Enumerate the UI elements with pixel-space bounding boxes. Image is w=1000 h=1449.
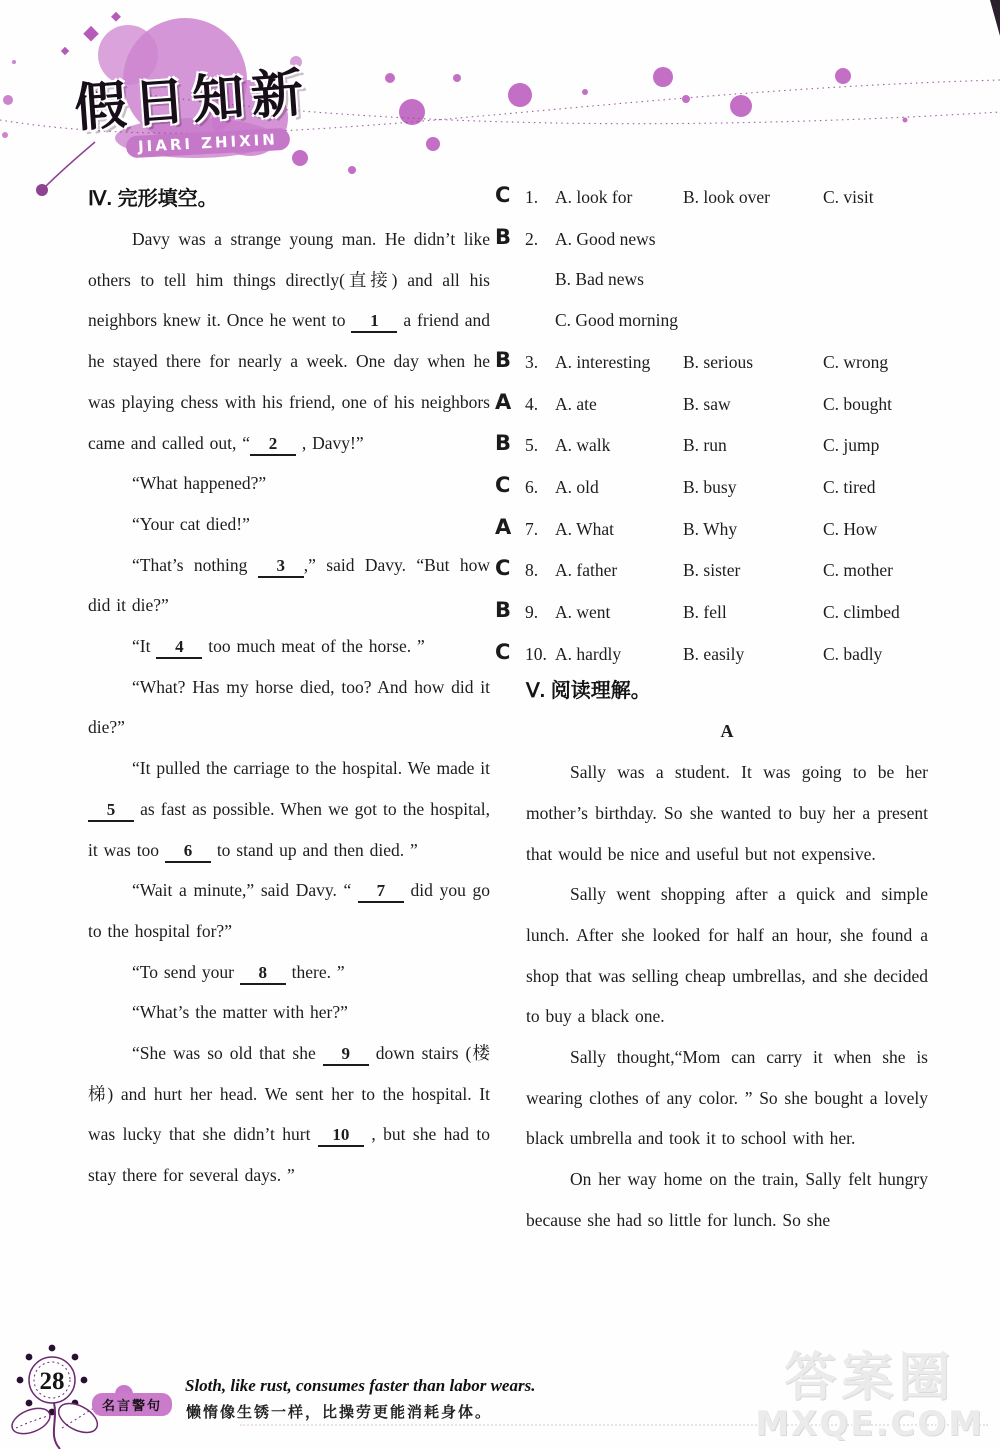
option-c: C. badly	[823, 634, 943, 675]
watermark-site-text: MXQE.COM	[755, 1406, 984, 1442]
text-segment: there. ”	[286, 962, 345, 982]
handwritten-answer: A	[495, 382, 525, 423]
dialogue-line: “What? Has my horse died, too? And how d…	[88, 667, 490, 748]
handwritten-answer: C	[495, 465, 525, 506]
text-segment: “That’s nothing	[132, 555, 258, 575]
option-b: B. easily	[683, 634, 823, 675]
text-segment: , Davy!”	[296, 433, 364, 453]
handwritten-answer: C	[495, 632, 525, 673]
watermark-logo-text: 答案圈	[755, 1350, 984, 1406]
cloze-blank-3: 3	[258, 556, 304, 578]
handwritten-answer: B	[495, 423, 525, 464]
option-b: B. Bad news	[555, 259, 943, 300]
cloze-section: Ⅳ. 完形填空。 Davy was a strange young man. H…	[88, 182, 490, 1196]
question-row-4: A 4. A. ate B. saw C. bought	[495, 383, 943, 425]
footer-quote-chinese: 懒惰像生锈一样，比操劳更能消耗身体。	[186, 1401, 492, 1422]
reading-paragraph: Sally went shopping after a quick and si…	[526, 874, 928, 1037]
option-b: B. run	[683, 425, 823, 466]
option-c: C. Good morning	[555, 300, 943, 341]
reading-section-title: Ⅴ. 阅读理解。	[526, 674, 928, 703]
question-row-8: C 8. A. father B. sister C. mother	[495, 549, 943, 591]
option-a: A. Good news	[555, 219, 943, 260]
option-b: B. busy	[683, 467, 823, 508]
option-a: A. father	[555, 550, 683, 591]
cloze-section-title: Ⅳ. 完形填空。	[88, 182, 490, 211]
reading-paragraph: On her way home on the train, Sally felt…	[526, 1159, 928, 1240]
option-b: B. sister	[683, 550, 823, 591]
reading-paragraph: Sally was a student. It was going to be …	[526, 752, 928, 874]
cloze-blank-10: 10	[318, 1125, 364, 1147]
option-c: C. How	[823, 509, 943, 550]
dialogue-line: “It pulled the carriage to the hospital.…	[88, 748, 490, 870]
question-number: 4.	[525, 384, 555, 425]
question-row-10: C 10. A. hardly B. easily C. badly	[495, 633, 943, 675]
text-segment: “It pulled the carriage to the hospital.…	[132, 758, 490, 778]
option-c: C. mother	[823, 550, 943, 591]
handwritten-answer: C	[495, 175, 525, 216]
dialogue-line: “It 4 too much meat of the horse. ”	[88, 626, 490, 667]
handwritten-answer: B	[495, 340, 525, 381]
dialogue-line: “That’s nothing 3,” said Davy. “But how …	[88, 545, 490, 626]
dialogue-line: “What happened?”	[88, 463, 490, 504]
question-row-9: B 9. A. went B. fell C. climbed	[495, 591, 943, 633]
option-a: A. What	[555, 509, 683, 550]
footer-quote-english: Sloth, like rust, consumes faster than l…	[185, 1376, 535, 1396]
cloze-blank-7: 7	[358, 881, 404, 903]
cloze-paragraph: Davy was a strange young man. He didn’t …	[88, 219, 490, 463]
quote-badge: 名言警句	[92, 1393, 172, 1416]
option-c: C. climbed	[823, 592, 943, 633]
reading-section: Ⅴ. 阅读理解。 A Sally was a student. It was g…	[526, 674, 928, 1240]
option-b: B. look over	[683, 177, 823, 218]
workbook-page: 假日知新 JIARI ZHIXIN Ⅳ. 完形填空。 Davy was a st…	[0, 0, 1000, 1449]
handwritten-answer: C	[495, 548, 525, 589]
cloze-blank-6: 6	[165, 841, 211, 863]
cloze-blank-1: 1	[351, 311, 397, 333]
handwritten-answer: A	[495, 507, 525, 548]
option-a: A. ate	[555, 384, 683, 425]
handwritten-answer: B	[495, 217, 525, 258]
cloze-blank-2: 2	[250, 434, 296, 456]
option-a: A. walk	[555, 425, 683, 466]
passage-label: A	[526, 711, 928, 752]
question-number: 10.	[525, 634, 555, 675]
question-number: 3.	[525, 342, 555, 383]
text-segment: “She was so old that she	[132, 1043, 323, 1063]
text-segment: “It	[132, 636, 156, 656]
question-number: 6.	[525, 467, 555, 508]
question-row-5: B 5. A. walk B. run C. jump	[495, 424, 943, 466]
text-segment: to stand up and then died. ”	[211, 840, 418, 860]
question-number: 2.	[525, 219, 555, 260]
option-c: C. bought	[823, 384, 943, 425]
dialogue-line: “Wait a minute,” said Davy. “ 7 did you …	[88, 870, 490, 951]
option-b: B. Why	[683, 509, 823, 550]
option-a: A. look for	[555, 177, 683, 218]
option-c: C. tired	[823, 467, 943, 508]
option-b: B. serious	[683, 342, 823, 383]
text-segment: a friend and he stayed there for nearly …	[88, 310, 490, 452]
dialogue-line: “She was so old that she 9 down stairs (…	[88, 1033, 490, 1196]
question-row-1: C 1. A. look for B. look over C. visit	[495, 176, 943, 218]
option-b: B. saw	[683, 384, 823, 425]
option-c: C. jump	[823, 425, 943, 466]
option-a: A. went	[555, 592, 683, 633]
question-number: 5.	[525, 425, 555, 466]
options-stacked: A. Good news B. Bad news C. Good morning	[555, 219, 943, 341]
option-a: A. interesting	[555, 342, 683, 383]
question-row-6: C 6. A. old B. busy C. tired	[495, 466, 943, 508]
cloze-blank-9: 9	[323, 1044, 369, 1066]
cloze-blank-8: 8	[240, 963, 286, 985]
option-c: C. wrong	[823, 342, 943, 383]
dialogue-line: “To send your 8 there. ”	[88, 952, 490, 993]
text-segment: too much meat of the horse. ”	[202, 636, 424, 656]
watermark: 答案圈 MXQE.COM	[755, 1350, 984, 1442]
question-row-2: B 2. A. Good news B. Bad news C. Good mo…	[495, 218, 943, 341]
question-row-7: A 7. A. What B. Why C. How	[495, 508, 943, 550]
option-a: A. old	[555, 467, 683, 508]
option-a: A. hardly	[555, 634, 683, 675]
text-segment: “Wait a minute,” said Davy. “	[132, 880, 358, 900]
text-segment: “To send your	[132, 962, 240, 982]
dialogue-line: “What’s the matter with her?”	[88, 992, 490, 1033]
question-number: 9.	[525, 592, 555, 633]
option-b: B. fell	[683, 592, 823, 633]
handwritten-answer: B	[495, 590, 525, 631]
question-number: 8.	[525, 550, 555, 591]
svg-text:28: 28	[40, 1368, 65, 1395]
question-row-3: B 3. A. interesting B. serious C. wrong	[495, 341, 943, 383]
cloze-blank-5: 5	[88, 800, 134, 822]
question-number: 7.	[525, 509, 555, 550]
options-and-reading-column: C 1. A. look for B. look over C. visit B…	[495, 176, 943, 1241]
reading-paragraph: Sally thought,“Mom can carry it when she…	[526, 1037, 928, 1159]
cloze-blank-4: 4	[156, 637, 202, 659]
option-c: C. visit	[823, 177, 943, 218]
dialogue-line: “Your cat died!”	[88, 504, 490, 545]
question-number: 1.	[525, 177, 555, 218]
